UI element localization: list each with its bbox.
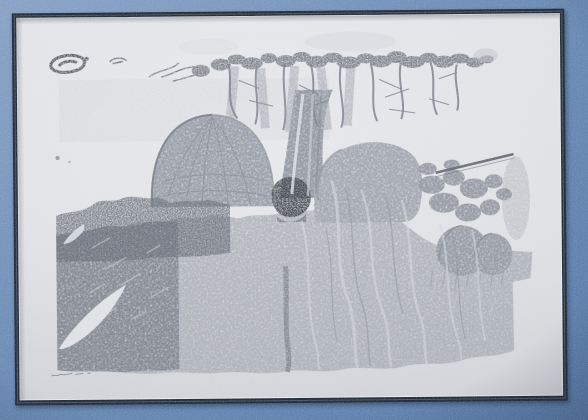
vignette-overlay xyxy=(0,0,588,420)
framed-artwork-photo xyxy=(0,0,588,420)
artwork-canvas xyxy=(0,0,588,420)
